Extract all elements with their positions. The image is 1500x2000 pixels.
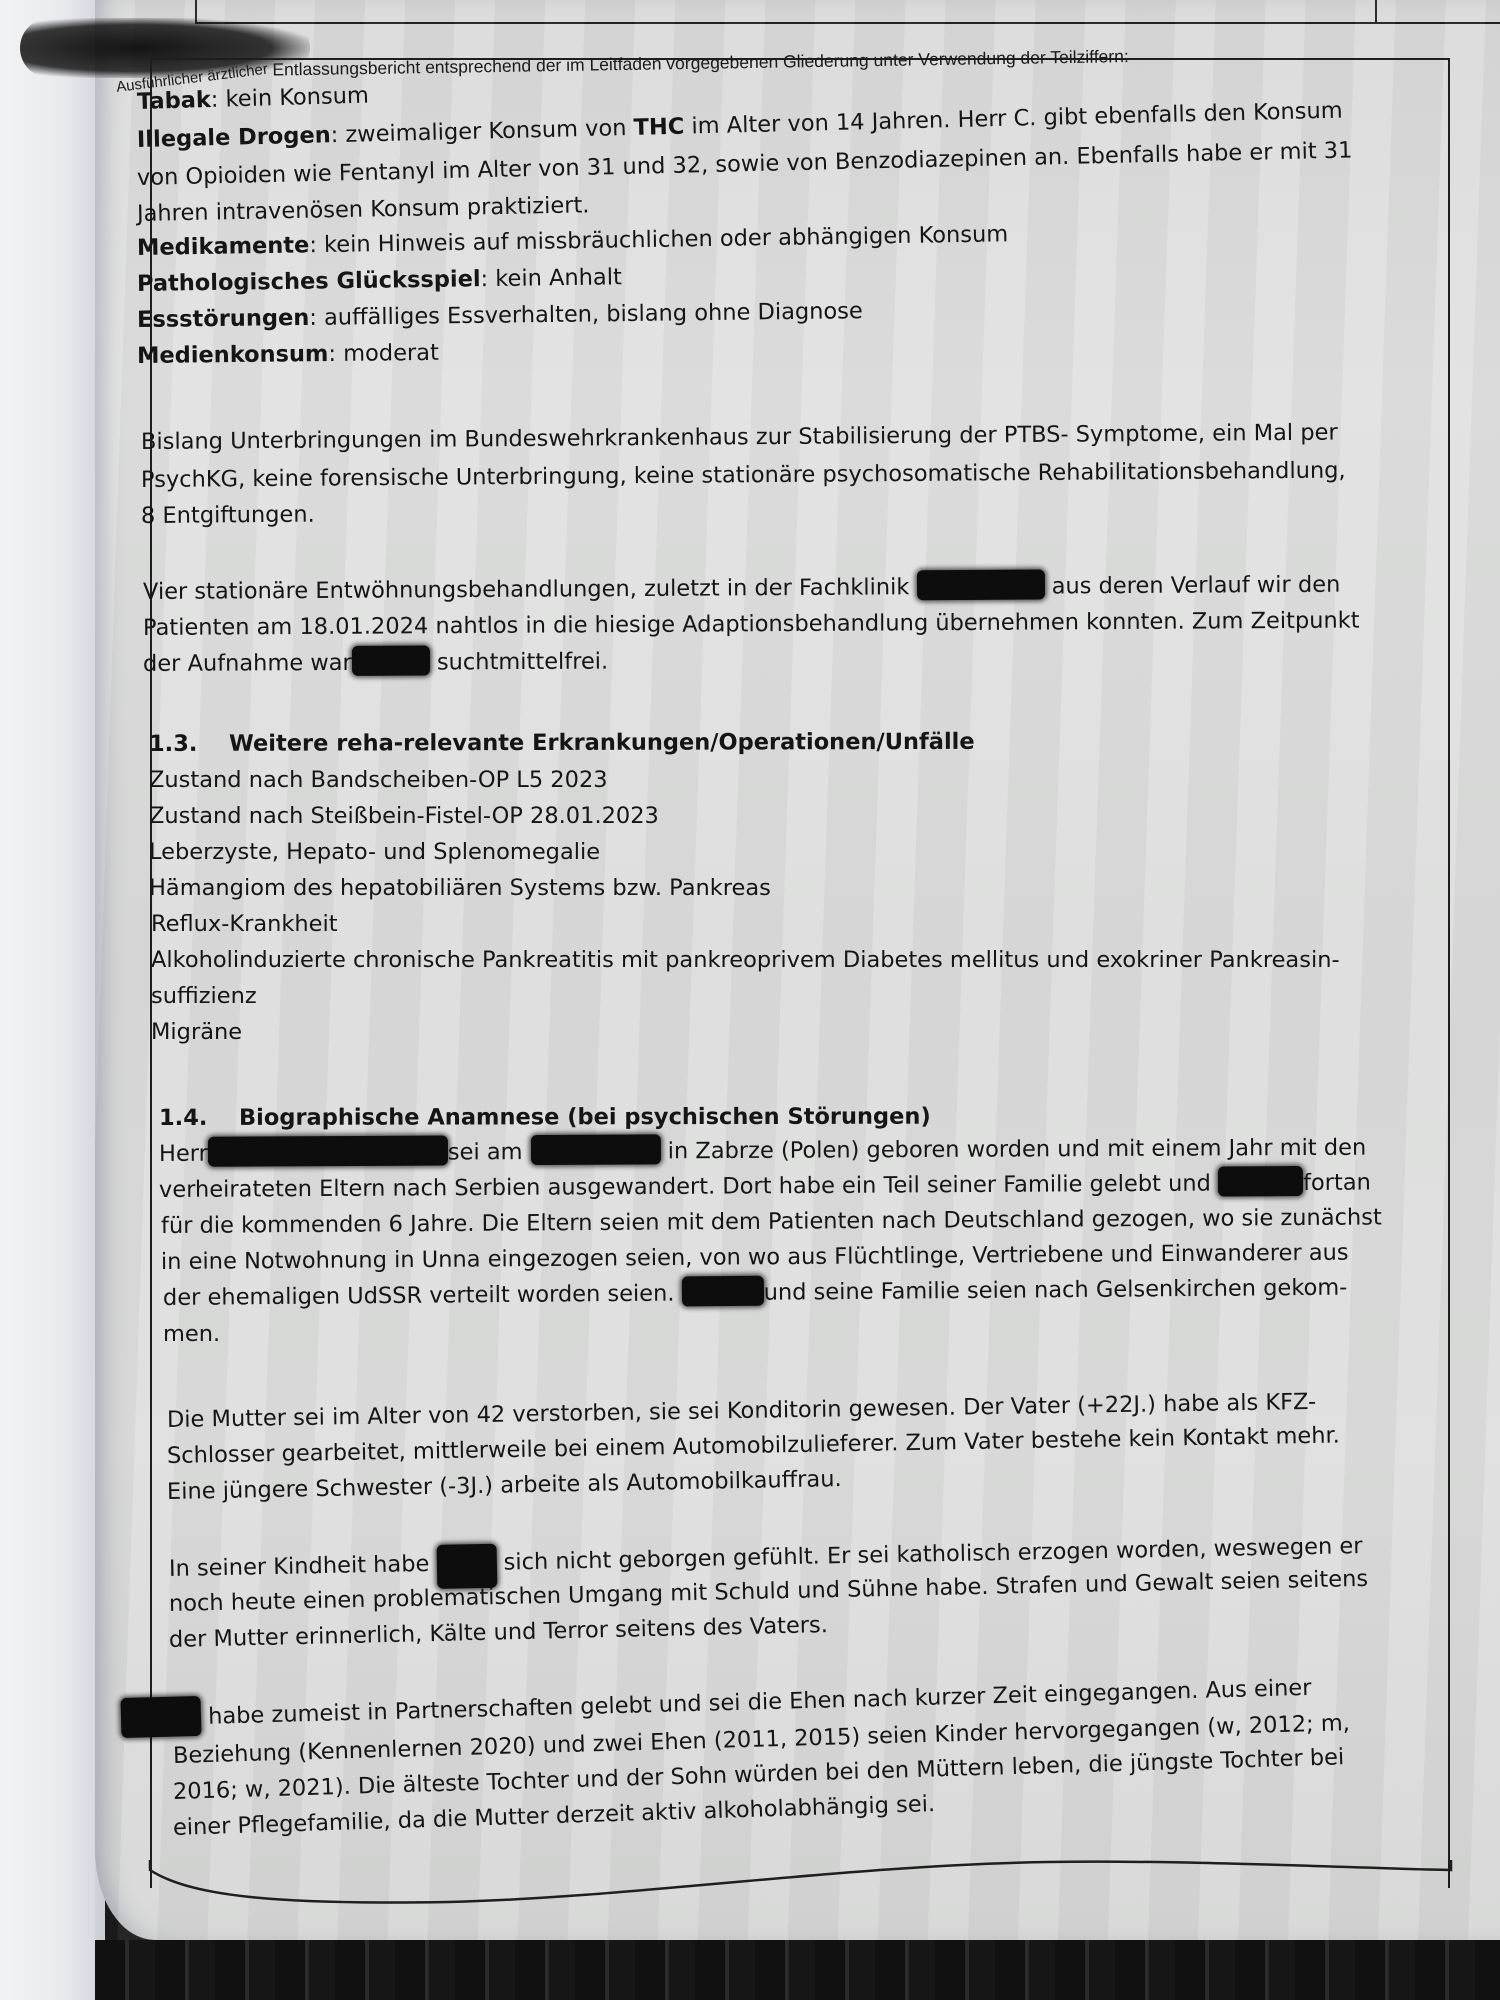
condition-text: suffizienz xyxy=(151,983,257,1009)
section-title: Biographische Anamnese (bei psychischen … xyxy=(239,1104,931,1131)
paragraph-text: der Aufnahme war xyxy=(143,650,352,677)
substance-label: Medienkonsum xyxy=(137,341,329,369)
paragraph-text: und seine Familie seien nach Gelsenkirch… xyxy=(764,1275,1348,1306)
substance-text: : kein Anhalt xyxy=(480,264,622,292)
condition-item: Zustand nach Bandscheiben-OP L5 2023 xyxy=(149,762,608,798)
condition-item: Hämangiom des hepatobiliären Systems bzw… xyxy=(149,870,771,906)
substance-tabak: Tabak: kein Konsum xyxy=(136,78,369,120)
substance-text: Jahren intravenösen Konsum praktiziert. xyxy=(137,192,590,227)
condition-item: Zustand nach Steißbein-Fistel-OP 28.01.2… xyxy=(149,798,659,834)
paragraph-text: aus deren Verlauf wir den xyxy=(1044,572,1340,600)
background-surface xyxy=(95,1940,1500,2000)
substance-label: Essstörungen xyxy=(137,305,310,333)
condition-text: Migräne xyxy=(151,1019,242,1045)
biography-line: men. xyxy=(163,1316,220,1352)
condition-text: Leberzyste, Hepato- und Splenomegalie xyxy=(149,839,600,865)
substance-label: Tabak xyxy=(137,87,212,115)
paragraph-text: suchtmittelfrei. xyxy=(430,649,609,676)
substance-medienkonsum: Medienkonsum: moderat xyxy=(137,335,439,374)
top-header-box: 17.08.1987 xyxy=(195,0,1500,24)
paragraph-text: PsychKG, keine forensische Unterbringung… xyxy=(141,458,1346,493)
section-number: 1.3. xyxy=(149,726,229,762)
section-heading-1-4: 1.4.Biographische Anamnese (bei psychisc… xyxy=(159,1099,931,1136)
substance-label: Illegale Drogen xyxy=(137,122,331,153)
redaction-name xyxy=(120,1696,201,1738)
paragraph-line: der Aufnahme war suchtmittelfrei. xyxy=(143,644,608,682)
paragraph-text: der ehemaligen UdSSR verteilt worden sei… xyxy=(163,1280,682,1311)
condition-text: Alkoholinduzierte chronische Pankreatiti… xyxy=(151,947,1340,973)
substance-label: Pathologisches Glücksspiel xyxy=(137,266,481,297)
condition-text: Hämangiom des hepatobiliären Systems bzw… xyxy=(149,875,771,901)
redaction-name xyxy=(681,1276,763,1307)
paragraph-line: 8 Entgiftungen. xyxy=(141,497,315,534)
condition-text: Zustand nach Bandscheiben-OP L5 2023 xyxy=(149,767,608,793)
redaction-birthdate xyxy=(530,1134,660,1165)
redaction-name xyxy=(1218,1166,1303,1197)
condition-item: Migräne xyxy=(151,1014,242,1050)
paragraph-text: Bislang Unterbringungen im Bundeswehrkra… xyxy=(141,420,1338,455)
condition-item: Reflux-Krankheit xyxy=(151,906,338,942)
report-frame-bottom-curve xyxy=(148,1860,1453,1940)
condition-item: Leberzyste, Hepato- und Splenomegalie xyxy=(149,834,600,870)
redaction-patient-name xyxy=(352,645,430,675)
paragraph-text: verheirateten Eltern nach Serbien ausgew… xyxy=(159,1171,1218,1203)
paragraph-text: men. xyxy=(163,1321,220,1347)
section-number: 1.4. xyxy=(159,1100,239,1136)
substance-text: : auffälliges Essverhalten, bislang ohne… xyxy=(309,298,863,331)
paragraph-text: für die kommenden 6 Jahre. Die Eltern se… xyxy=(161,1204,1382,1239)
condition-text: Zustand nach Steißbein-Fistel-OP 28.01.2… xyxy=(149,803,659,829)
condition-item: suffizienz xyxy=(151,978,257,1014)
substance-text: : zweimaliger Konsum von xyxy=(330,115,634,148)
paragraph-text: in Zabrze (Polen) geboren worden und mit… xyxy=(660,1135,1366,1165)
redaction-full-name xyxy=(208,1135,448,1166)
condition-item: Alkoholinduzierte chronische Pankreatiti… xyxy=(151,942,1340,978)
paragraph-text: In seiner Kindheit habe xyxy=(169,1551,437,1582)
paragraph-text: 8 Entgiftungen. xyxy=(141,502,315,529)
paragraph-text: Herr xyxy=(159,1141,208,1167)
paragraph-text: fortan xyxy=(1303,1170,1371,1196)
substance-bold: THC xyxy=(633,114,684,141)
redaction-clinic-name xyxy=(916,569,1044,600)
section-title: Weitere reha-relevante Erkrankungen/Oper… xyxy=(229,729,975,757)
paragraph-text: Patienten am 18.01.2024 nahtlos in die h… xyxy=(143,608,1360,641)
paragraph-text: in eine Notwohnung in Unna eingezogen se… xyxy=(161,1240,1349,1275)
substance-label: Medikamente xyxy=(137,232,310,261)
section-heading-1-3: 1.3.Weitere reha-relevante Erkrankungen/… xyxy=(149,724,975,762)
paragraph-text: sei am xyxy=(448,1139,523,1165)
substance-text: : kein Konsum xyxy=(210,83,369,113)
substance-gluecksspiel: Pathologisches Glücksspiel: kein Anhalt xyxy=(137,259,622,302)
top-date-cell: 17.08.1987 xyxy=(1375,0,1500,22)
substance-text: : kein Hinweis auf missbräuchlichen oder… xyxy=(309,221,1008,258)
substance-text: : moderat xyxy=(328,340,439,367)
adjacent-page-edge xyxy=(0,0,105,2000)
paragraph-line: Patienten am 18.01.2024 nahtlos in die h… xyxy=(143,603,1360,646)
paragraph-text: Vier stationäre Entwöhnungsbehandlungen,… xyxy=(143,574,917,605)
condition-text: Reflux-Krankheit xyxy=(151,911,338,937)
